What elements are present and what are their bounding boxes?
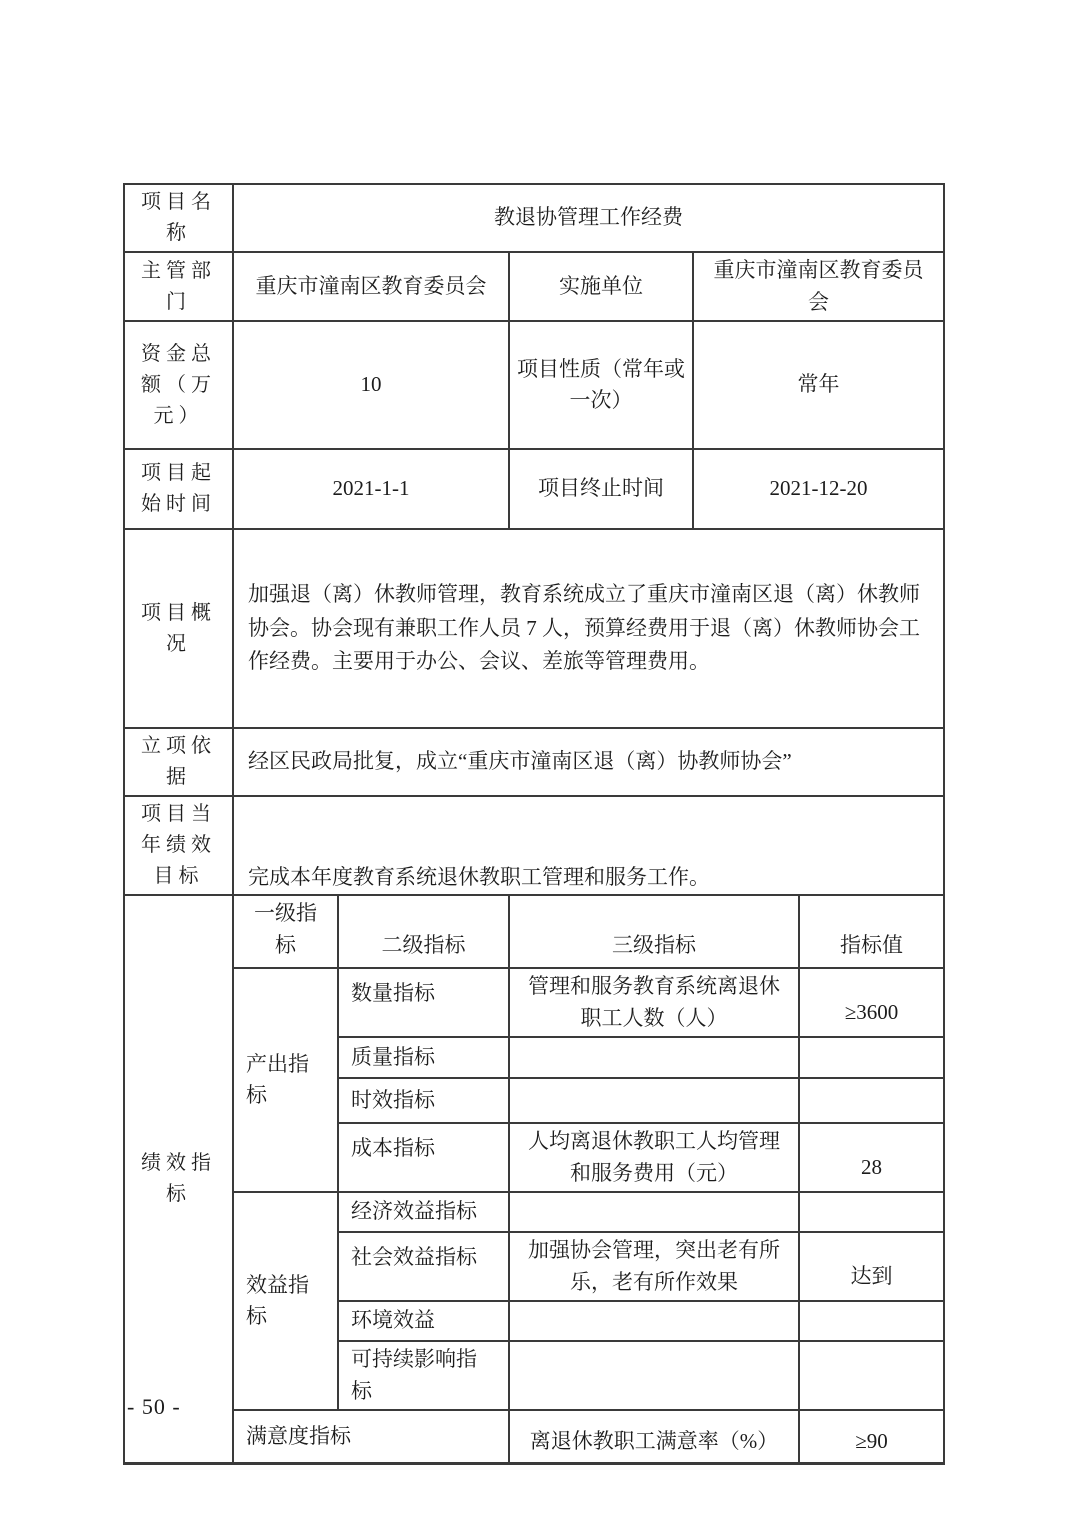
row-department: 主管部门 重庆市潼南区教育委员会 实施单位 重庆市潼南区教育委员会 [124, 252, 944, 321]
total-fund-value: 10 [233, 321, 509, 449]
output-group-label: 产出指标 [233, 968, 338, 1192]
economic-benefit-level3 [509, 1192, 799, 1232]
environment-benefit-label: 环境效益 [338, 1301, 509, 1341]
quality-indicator-label: 质量指标 [338, 1037, 509, 1078]
header-value: 指标值 [799, 895, 944, 968]
environment-benefit-value [799, 1301, 944, 1341]
quality-indicator-level3 [509, 1037, 799, 1078]
row-fund: 资金总额（万元） 10 项目性质（常年或一次） 常年 [124, 321, 944, 449]
annual-goal-value: 完成本年度教育系统退休教职工管理和服务工作。 [233, 796, 944, 895]
header-level3: 三级指标 [509, 895, 799, 968]
approval-basis-value: 经区民政局批复，成立“重庆市潼南区退（离）协教师协会” [233, 728, 944, 796]
implement-unit-value: 重庆市潼南区教育委员会 [693, 252, 944, 321]
economic-benefit-value [799, 1192, 944, 1232]
header-level2: 二级指标 [338, 895, 509, 968]
satisfaction-indicator-level3: 离退休教职工满意率（%） [509, 1410, 799, 1463]
row-approval-basis: 立项依据 经区民政局批复，成立“重庆市潼南区退（离）协教师协会” [124, 728, 944, 796]
quality-indicator-value [799, 1037, 944, 1078]
department-value: 重庆市潼南区教育委员会 [233, 252, 509, 321]
social-benefit-label: 社会效益指标 [338, 1232, 509, 1301]
header-level1: 一级指标 [233, 895, 338, 968]
overview-label: 项目概况 [124, 529, 233, 728]
social-benefit-value: 达到 [799, 1232, 944, 1301]
satisfaction-indicator-value: ≥90 [799, 1410, 944, 1463]
timeliness-indicator-level3 [509, 1078, 799, 1123]
header-level1-text: 一级指标 [253, 898, 319, 961]
timeliness-indicator-value [799, 1078, 944, 1123]
economic-benefit-label: 经济效益指标 [338, 1192, 509, 1232]
row-indicator-header: 绩效指标 一级指标 二级指标 三级指标 指标值 [124, 895, 944, 968]
page-number: - 50 - [127, 1394, 181, 1420]
row-annual-goal: 项目当年绩效目标 完成本年度教育系统退休教职工管理和服务工作。 [124, 796, 944, 895]
row-overview: 项目概况 加强退（离）休教师管理，教育系统成立了重庆市潼南区退（离）休教师协会。… [124, 529, 944, 728]
overview-value: 加强退（离）休教师管理，教育系统成立了重庆市潼南区退（离）休教师协会。协会现有兼… [233, 529, 944, 728]
timeliness-indicator-label: 时效指标 [338, 1078, 509, 1123]
project-name-value: 教退协管理工作经费 [233, 184, 944, 252]
row-dates: 项目起始时间 2021-1-1 项目终止时间 2021-12-20 [124, 449, 944, 529]
sustainability-indicator-label: 可持续影响指标 [338, 1341, 509, 1410]
sustainability-indicator-level3 [509, 1341, 799, 1410]
row-economic-benefit: 效益指标 经济效益指标 [124, 1192, 944, 1232]
approval-basis-label: 立项依据 [124, 728, 233, 796]
sustainability-indicator-value [799, 1341, 944, 1410]
project-nature-value: 常年 [693, 321, 944, 449]
quantity-indicator-label: 数量指标 [338, 968, 509, 1037]
quantity-indicator-level3: 管理和服务教育系统离退休职工人数（人） [509, 968, 799, 1037]
quantity-indicator-value: ≥3600 [799, 968, 944, 1037]
cost-indicator-value: 28 [799, 1123, 944, 1192]
project-name-label: 项目名称 [124, 184, 233, 252]
satisfaction-indicator-label: 满意度指标 [233, 1410, 509, 1463]
implement-unit-label: 实施单位 [509, 252, 693, 321]
end-time-label: 项目终止时间 [509, 449, 693, 529]
department-label: 主管部门 [124, 252, 233, 321]
performance-section-label: 绩效指标 [124, 895, 233, 1463]
row-project-name: 项目名称 教退协管理工作经费 [124, 184, 944, 252]
row-quantity-indicator: 产出指标 数量指标 管理和服务教育系统离退休职工人数（人） ≥3600 [124, 968, 944, 1037]
project-performance-table: 项目名称 教退协管理工作经费 主管部门 重庆市潼南区教育委员会 实施单位 重庆市… [123, 183, 945, 1465]
start-time-value: 2021-1-1 [233, 449, 509, 529]
project-nature-label: 项目性质（常年或一次） [509, 321, 693, 449]
environment-benefit-level3 [509, 1301, 799, 1341]
document-page: 项目名称 教退协管理工作经费 主管部门 重庆市潼南区教育委员会 实施单位 重庆市… [0, 0, 1074, 1520]
benefit-group-label: 效益指标 [233, 1192, 338, 1410]
cost-indicator-label: 成本指标 [338, 1123, 509, 1192]
start-time-label: 项目起始时间 [124, 449, 233, 529]
cost-indicator-level3: 人均离退休教职工人均管理和服务费用（元） [509, 1123, 799, 1192]
annual-goal-label: 项目当年绩效目标 [124, 796, 233, 895]
social-benefit-level3: 加强协会管理，突出老有所乐，老有所作效果 [509, 1232, 799, 1301]
row-satisfaction-indicator: 满意度指标 离退休教职工满意率（%） ≥90 [124, 1410, 944, 1463]
total-fund-label: 资金总额（万元） [124, 321, 233, 449]
end-time-value: 2021-12-20 [693, 449, 944, 529]
